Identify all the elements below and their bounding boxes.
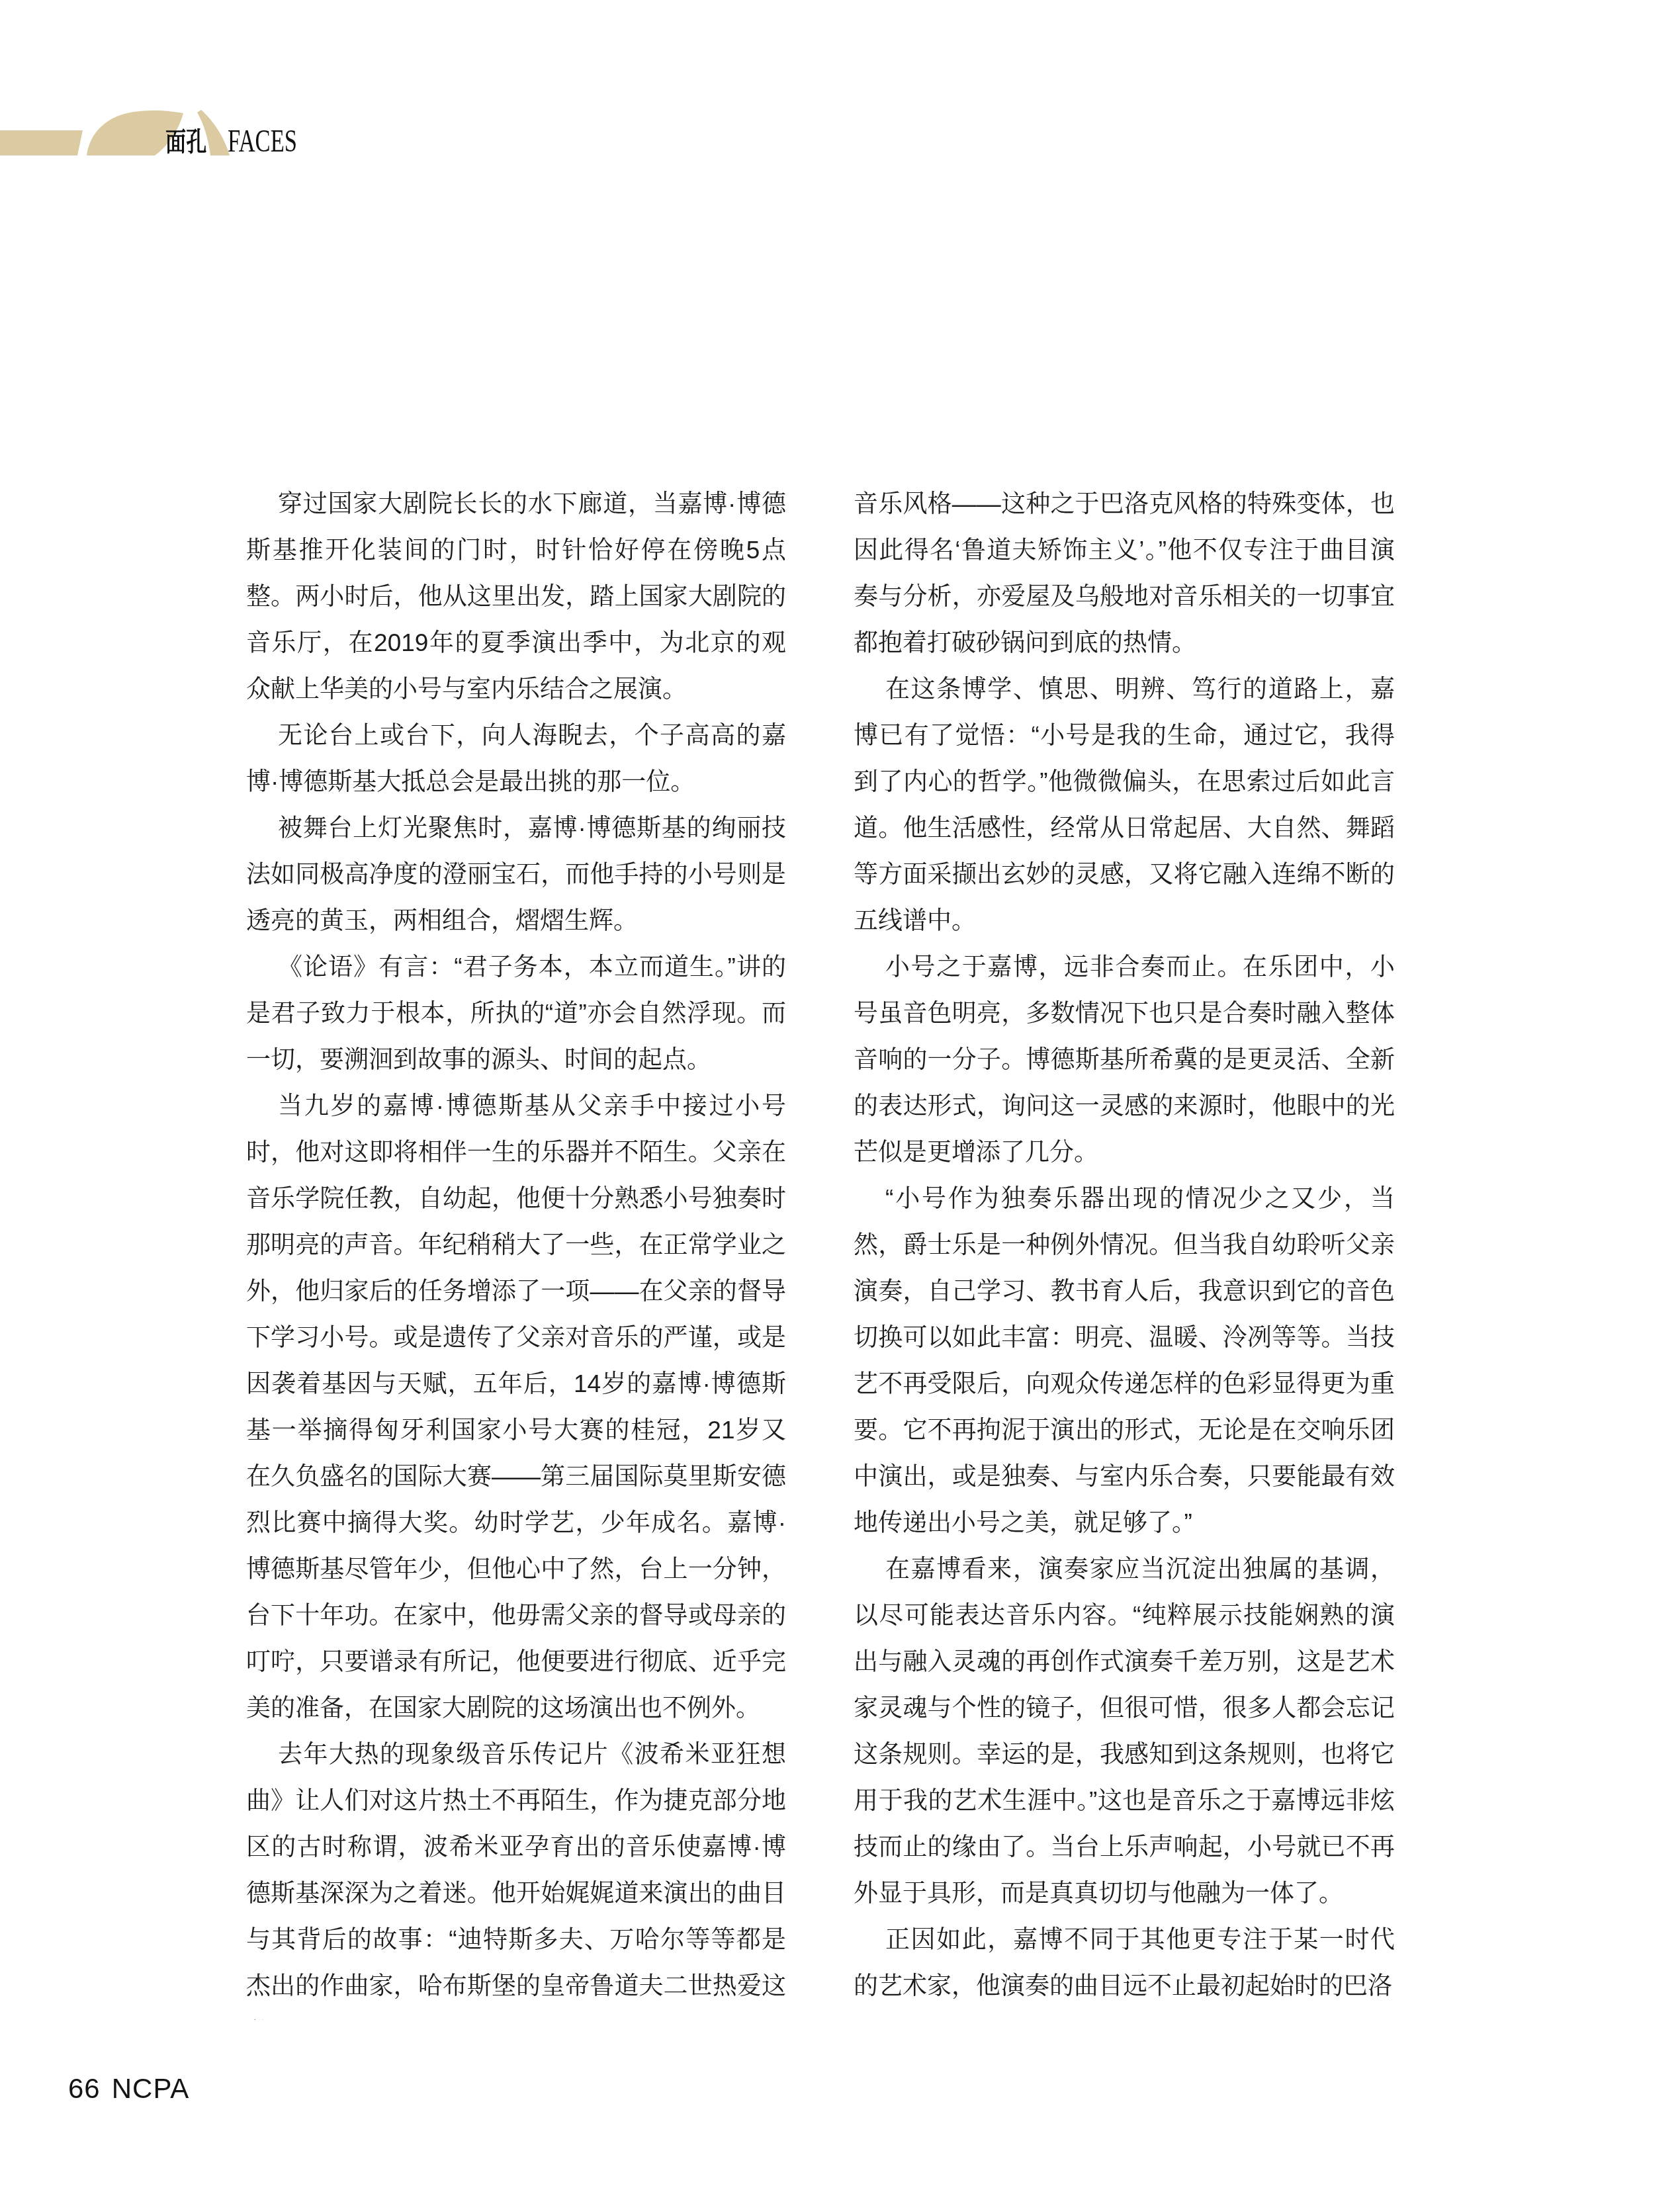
paragraph: 穿过国家大剧院长长的水下廊道，当嘉博·博德斯基推开化装间的门时，时针恰好停在傍晚… [246, 481, 786, 713]
paragraph: 被舞台上灯光聚焦时，嘉博·博德斯基的绚丽技法如同极高净度的澄丽宝石，而他手持的小… [246, 805, 786, 944]
paragraph-continuation: 音乐风格——这种之于巴洛克风格的特殊变体，也因此得名‘鲁道夫矫饰主义’。”他不仅… [854, 481, 1395, 666]
paragraph: 正因如此，嘉博不同于其他更专注于某一时代的艺术家，他演奏的曲目远不止最初起始时的… [854, 1917, 1395, 2009]
paragraph: 去年大热的现象级音乐传记片《波希米亚狂想曲》让人们对这片热土不再陌生，作为捷克部… [246, 1731, 786, 2020]
magazine-page: 面孔 FACES 穿过国家大剧院长长的水下廊道，当嘉博·博德斯基推开化装间的门时… [0, 0, 1680, 2188]
masthead-bar [0, 130, 83, 155]
page-number: 66 [68, 2073, 101, 2104]
paragraph: 小号之于嘉博，远非合奏而止。在乐团中，小号虽音色明亮，多数情况下也只是合奏时融入… [854, 944, 1395, 1176]
paragraph: 在嘉博看来，演奏家应当沉淀出独属的基调，以尽可能表达音乐内容。“纯粹展示技能娴熟… [854, 1546, 1395, 1917]
section-title-en: FACES [228, 126, 297, 157]
paragraph: 在这条博学、慎思、明辨、笃行的道路上，嘉博已有了觉悟：“小号是我的生命，通过它，… [854, 666, 1395, 944]
page-folio: 66NCPA [68, 2074, 189, 2104]
paragraph: 《论语》有言：“君子务本，本立而道生。”讲的是君子致力于根本，所执的“道”亦会自… [246, 944, 786, 1083]
article-column-right: 音乐风格——这种之于巴洛克风格的特殊变体，也因此得名‘鲁道夫矫饰主义’。”他不仅… [854, 481, 1395, 2020]
paragraph: “小号作为独奏乐器出现的情况少之又少，当然，爵士乐是一种例外情况。但当我自幼聆听… [854, 1176, 1395, 1546]
paragraph: 无论台上或台下，向人海睨去，个子高高的嘉博·博德斯基大抵总会是最出挑的那一位。 [246, 713, 786, 805]
article-column-left: 穿过国家大剧院长长的水下廊道，当嘉博·博德斯基推开化装间的门时，时针恰好停在傍晚… [246, 481, 786, 2020]
paragraph: 当九岁的嘉博·博德斯基从父亲手中接过小号时，他对这即将相伴一生的乐器并不陌生。父… [246, 1083, 786, 1731]
section-title-cn: 面孔 [165, 128, 206, 156]
magazine-name: NCPA [112, 2073, 190, 2104]
